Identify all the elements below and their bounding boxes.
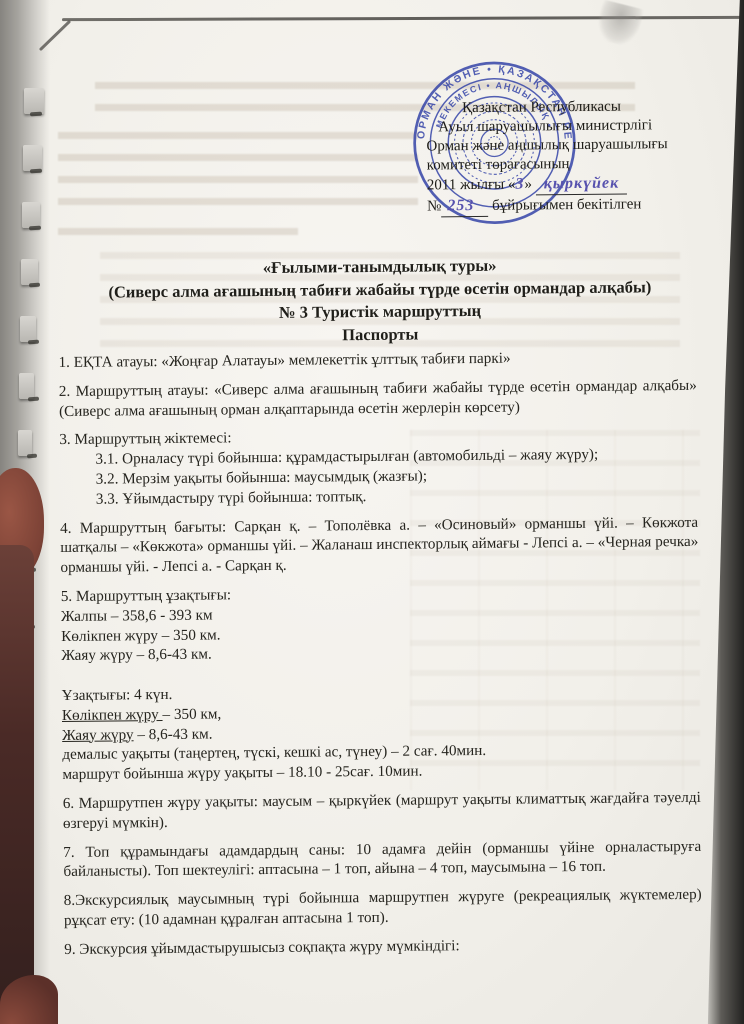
- binding-coil-tab: [21, 259, 38, 285]
- route-passport-item-6: 6. Маршрутпен жүру уақыты: маусым – қырк…: [63, 788, 701, 834]
- approval-order-line: №253 бұйрығымен бекітілген: [427, 194, 727, 218]
- handwritten-day: 3: [515, 176, 524, 193]
- binding-coil-tab: [23, 145, 42, 171]
- binding-hole-mark: [27, 454, 37, 459]
- approval-block: Қазақстан Республикасы Ауыл шаруашылығы …: [426, 97, 727, 218]
- approval-date-line: 2011 жылғы «3» қыркүйек: [427, 173, 727, 197]
- document-body: 1. ЕҚТА атауы: «Жоңғар Алатауы» мемлекет…: [58, 347, 702, 969]
- document-title: «Ғылыми-танымдылық туры» (Сиверс алма ағ…: [68, 253, 693, 349]
- scanned-page: ОРМАН ЖӘНЕ • ҚАЗАҚСТАН РЕСПУБЛИКАСЫ • МЕ…: [0, 0, 744, 1024]
- route-passport-item-5: 5. Маршруттың ұзақтығы:Жалпы – 358,6 - 3…: [61, 581, 701, 785]
- page-content: ОРМАН ЖӘНЕ • ҚАЗАҚСТАН РЕСПУБЛИКАСЫ • МЕ…: [0, 0, 744, 1024]
- route-passport-item-1: 1. ЕҚТА атауы: «Жоңғар Алатауы» мемлекет…: [58, 347, 696, 373]
- handwritten-month: қыркүйек: [536, 174, 628, 196]
- binding-coil-tab: [22, 202, 40, 228]
- binding-hole-mark: [28, 340, 39, 345]
- binding-hole-mark: [30, 169, 42, 174]
- finger-shadow: [0, 545, 34, 1024]
- route-passport-item-9: 9. Экскурсия ұйымдастырушысыз соқпақта ж…: [64, 934, 702, 960]
- binding-coil-tab: [24, 88, 44, 114]
- route-passport-item-8: 8.Экскурсиялық маусымның түрі бойынша ма…: [64, 885, 702, 931]
- route-passport-item-2: 2. Маршруттың атауы: «Сиверс алма ағашын…: [59, 376, 697, 422]
- binding-hole-mark: [29, 226, 41, 231]
- binding-hole-mark: [29, 283, 40, 288]
- handwritten-order-number: 253: [441, 196, 488, 217]
- route-passport-item-7: 7. Топ құрамындағы адамдардың саны: 10 а…: [63, 836, 701, 882]
- binding-hole-mark: [30, 112, 42, 117]
- binding-coil-tab: [18, 430, 32, 456]
- binding-hole-mark: [28, 397, 39, 402]
- route-passport-item-4: 4. Маршруттың бағыты: Сарқан қ. – Тополё…: [60, 512, 699, 578]
- binding-coil-tab: [20, 316, 36, 342]
- route-passport-item-3: 3. Маршруттың жіктемесі:3.1. Орналасу тү…: [59, 424, 698, 509]
- binding-coil-tab: [19, 373, 34, 399]
- title-passport: Паспорты: [68, 320, 692, 348]
